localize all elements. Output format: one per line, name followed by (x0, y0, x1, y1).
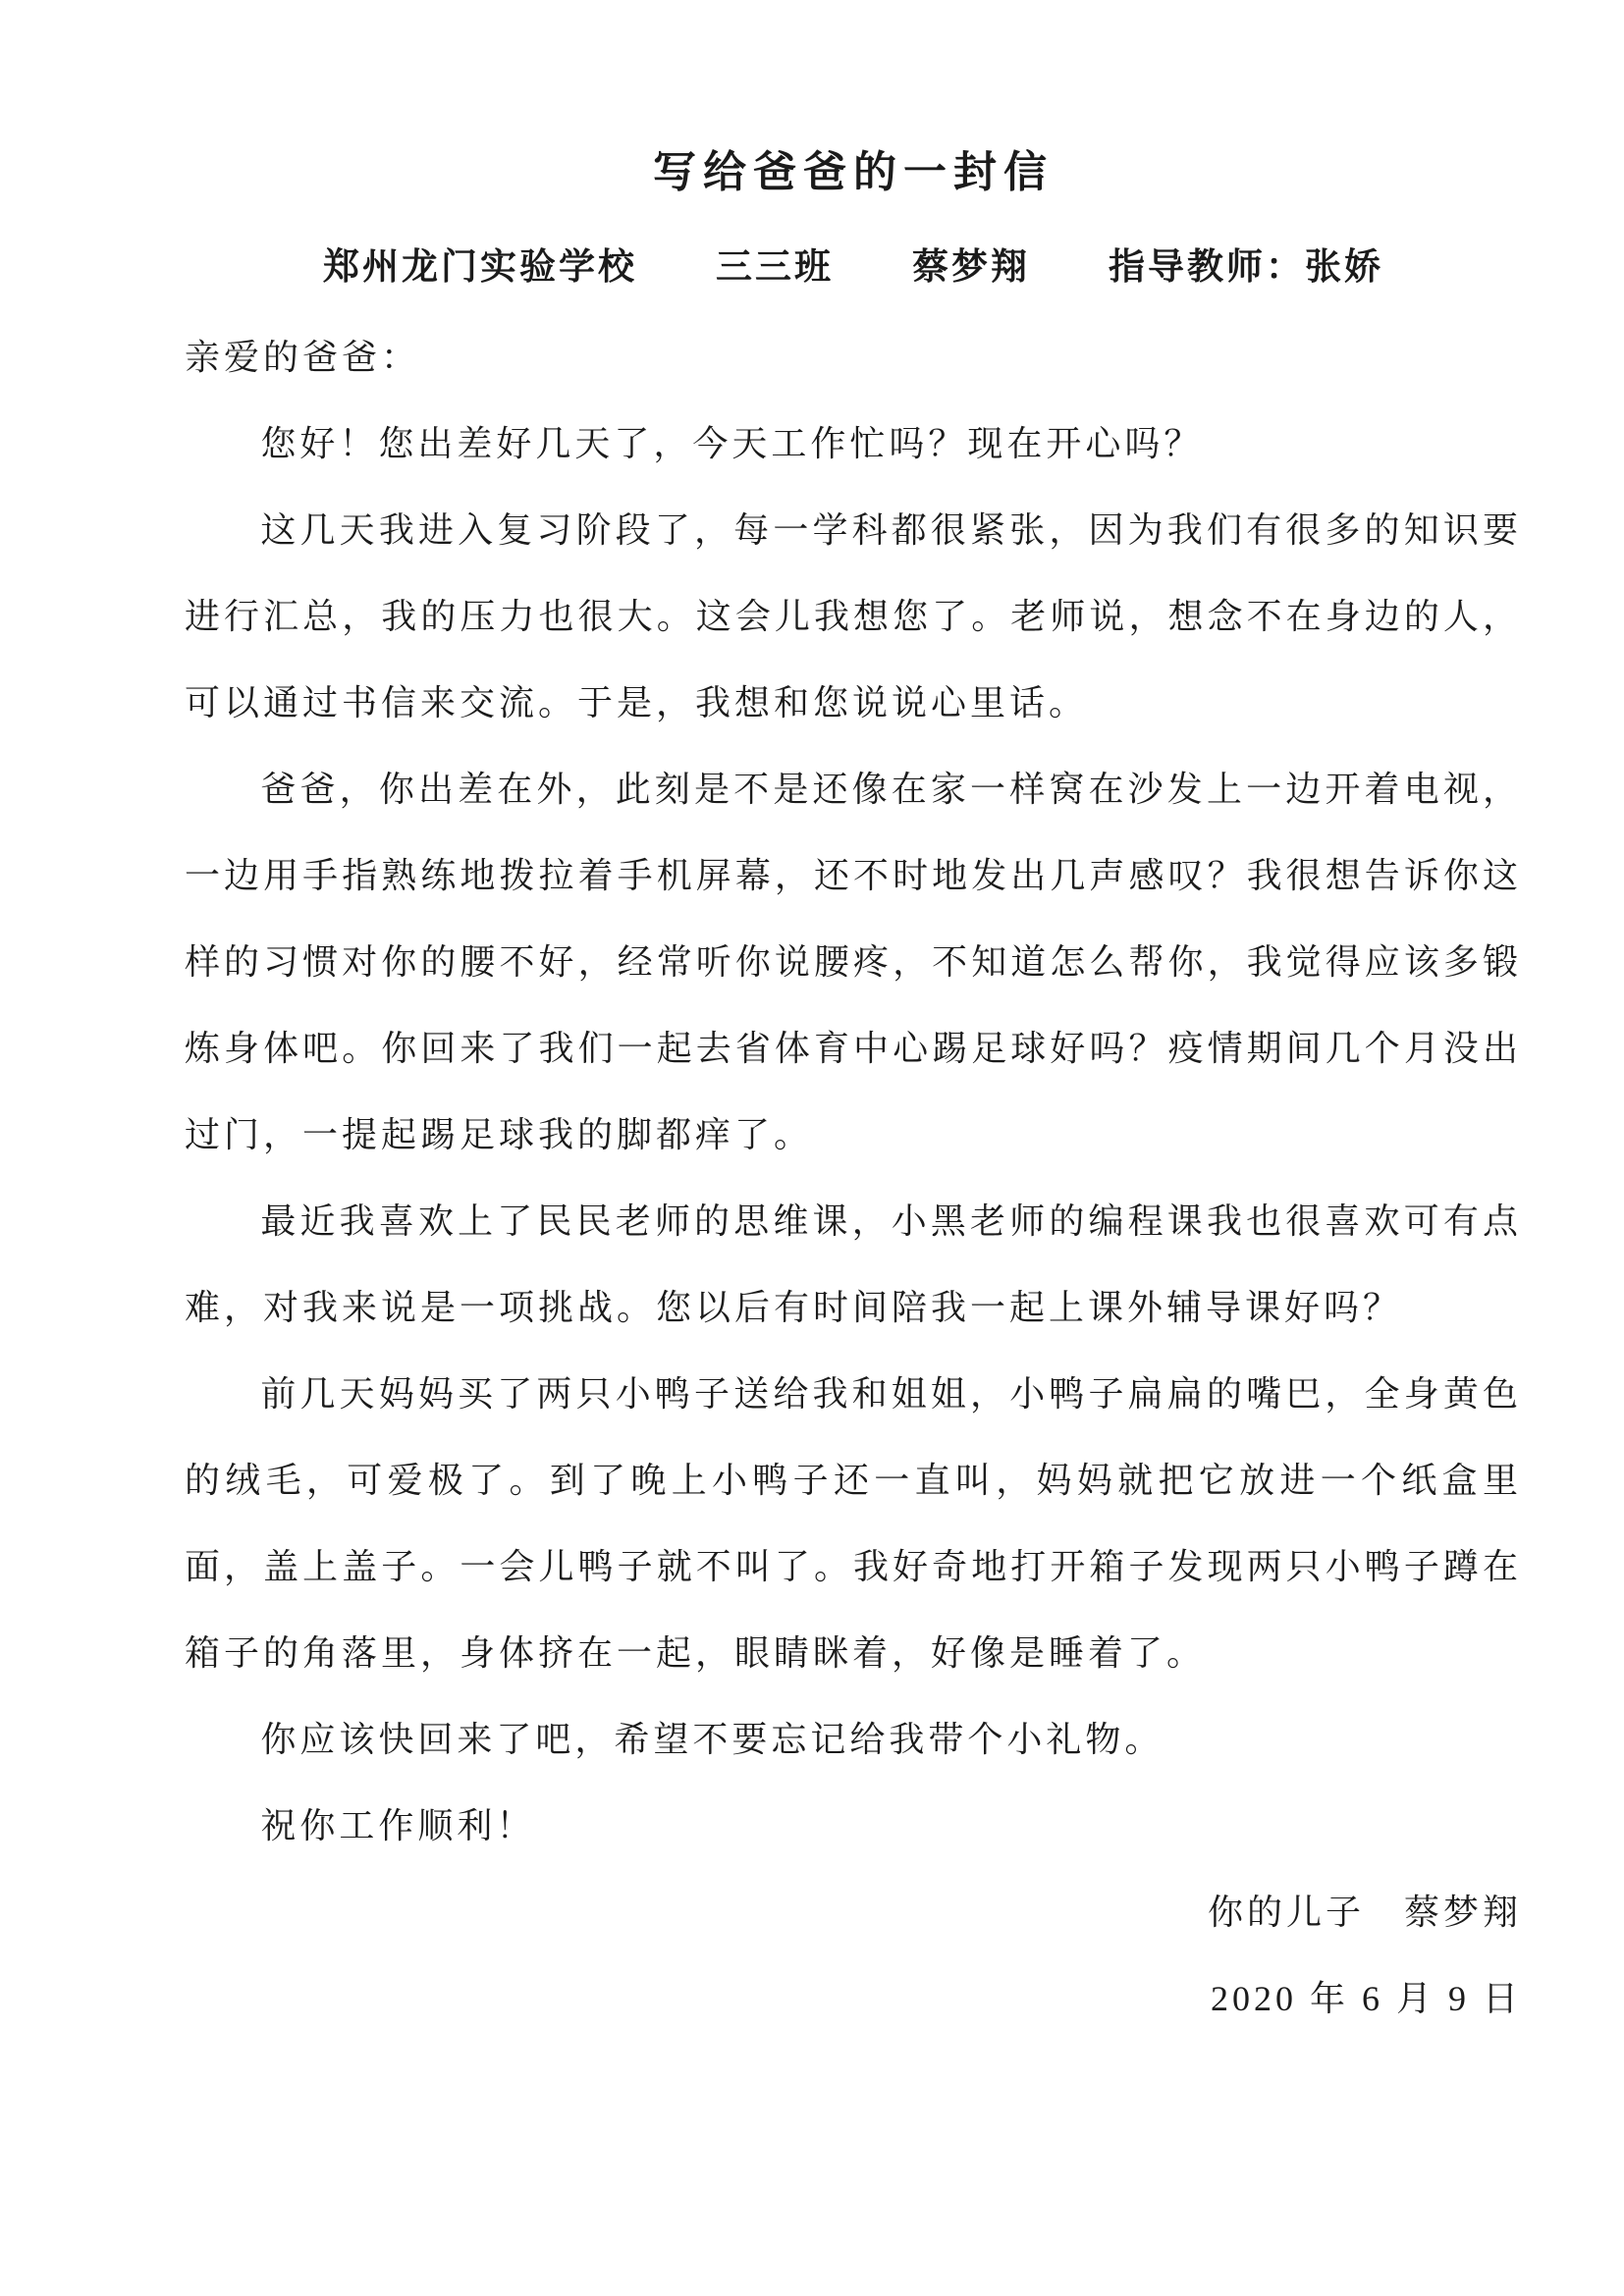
letter-paragraph: 你应该快回来了吧，希望不要忘记给我带个小礼物。 (185, 1696, 1522, 1783)
letter-paragraph: 祝你工作顺利！ (185, 1783, 1522, 1869)
byline: 郑州龙门实验学校 三三班 蔡梦翔 指导教师：张娇 (185, 243, 1522, 293)
letter-paragraph: 最近我喜欢上了民民老师的思维课，小黑老师的编程课我也很喜欢可有点难，对我来说是一… (185, 1178, 1522, 1351)
letter-page: 写给爸爸的一封信 郑州龙门实验学校 三三班 蔡梦翔 指导教师：张娇 亲爱的爸爸：… (0, 0, 1624, 2296)
page-title: 写给爸爸的一封信 (185, 0, 1522, 198)
letter-paragraph: 您好！您出差好几天了，今天工作忙吗？现在开心吗？ (185, 400, 1522, 487)
salutation: 亲爱的爸爸： (185, 314, 1522, 400)
letter-paragraph: 爸爸，你出差在外，此刻是不是还像在家一样窝在沙发上一边开着电视，一边用手指熟练地… (185, 746, 1522, 1178)
letter-paragraphs: 您好！您出差好几天了，今天工作忙吗？现在开心吗？ 这几天我进入复习阶段了，每一学… (185, 400, 1522, 1869)
letter-paragraph: 前几天妈妈买了两只小鸭子送给我和姐姐，小鸭子扁扁的嘴巴，全身黄色的绒毛，可爱极了… (185, 1351, 1522, 1696)
letter-body: 亲爱的爸爸： 您好！您出差好几天了，今天工作忙吗？现在开心吗？ 这几天我进入复习… (185, 314, 1522, 2042)
date-line: 2020 年 6 月 9 日 (185, 1955, 1522, 2042)
letter-paragraph: 这几天我进入复习阶段了，每一学科都很紧张，因为我们有很多的知识要进行汇总，我的压… (185, 487, 1522, 746)
signature-line: 你的儿子 蔡梦翔 (185, 1869, 1522, 1955)
